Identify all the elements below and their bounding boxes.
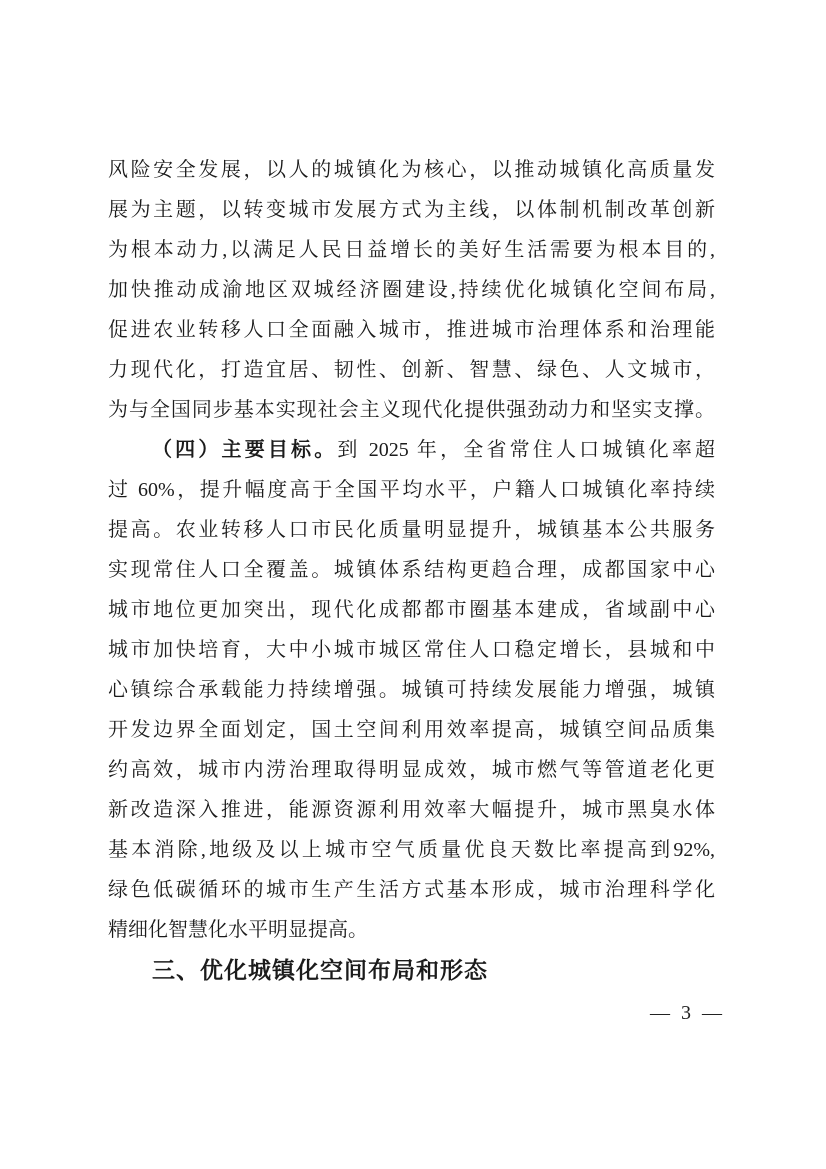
text-line: 为根本动力,以满足人民日益增长的美好生活需要为根本目的,	[108, 230, 715, 270]
text-line: 开发边界全面划定，国土空间利用效率提高，城镇空间品质集	[108, 710, 715, 750]
text-line: 精细化智慧化水平明显提高。	[108, 910, 715, 950]
text-line: 新改造深入推进，能源资源利用效率大幅提升，城市黑臭水体	[108, 790, 715, 830]
text-line: 力现代化，打造宜居、韧性、创新、智慧、绿色、人文城市，	[108, 350, 715, 390]
text-line: 风险安全发展，以人的城镇化为核心，以推动城镇化高质量发	[108, 150, 715, 190]
text-line: 提高。农业转移人口市民化质量明显提升，城镇基本公共服务	[108, 510, 715, 550]
text-line: 加快推动成渝地区双城经济圈建设,持续优化城镇化空间布局,	[108, 270, 715, 310]
text-line: 过 60%，提升幅度高于全国平均水平，户籍人口城镇化率持续	[108, 470, 715, 510]
text-line: 为与全国同步基本实现社会主义现代化提供强劲动力和坚实支撑。	[108, 390, 715, 430]
document-page: 风险安全发展，以人的城镇化为核心，以推动城镇化高质量发展为主题，以转变城市发展方…	[0, 0, 826, 1169]
document-body: 风险安全发展，以人的城镇化为核心，以推动城镇化高质量发展为主题，以转变城市发展方…	[108, 150, 715, 990]
text-line: 城市地位更加突出，现代化成都都市圈基本建成，省域副中心	[108, 590, 715, 630]
text-line: 促进农业转移人口全面融入城市，推进城市治理体系和治理能	[108, 310, 715, 350]
text-line: 心镇综合承载能力持续增强。城镇可持续发展能力增强，城镇	[108, 670, 715, 710]
text-line: （四）主要目标。到 2025 年，全省常住人口城镇化率超	[108, 430, 715, 470]
text-line: 约高效，城市内涝治理取得明显成效，城市燃气等管道老化更	[108, 750, 715, 790]
text-line: 基本消除,地级及以上城市空气质量优良天数比率提高到92%,	[108, 830, 715, 870]
text-line: 城市加快培育，大中小城市城区常住人口稳定增长，县城和中	[108, 630, 715, 670]
text-line: 展为主题，以转变城市发展方式为主线，以体制机制改革创新	[108, 190, 715, 230]
text-line: 实现常住人口全覆盖。城镇体系结构更趋合理，成都国家中心	[108, 550, 715, 590]
text-line: 绿色低碳循环的城市生产生活方式基本形成，城市治理科学化	[108, 870, 715, 910]
section-heading: 三、优化城镇化空间布局和形态	[108, 950, 715, 990]
page-number: — 3 —	[650, 997, 725, 1029]
paragraph-lead-bold: （四）主要目标。	[152, 439, 337, 461]
